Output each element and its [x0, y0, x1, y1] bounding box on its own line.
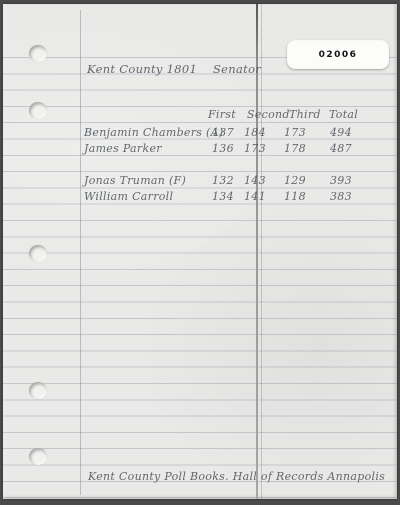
vote-count-third: 178 [284, 142, 306, 155]
column-header-second: Second [247, 108, 290, 121]
page-title-row: Kent County 1801 Senator [3, 62, 397, 77]
scanned-page: 02006 Kent County 1801 Senator First Sec… [0, 0, 400, 505]
punch-hole [29, 382, 47, 399]
notebook-paper: 02006 Kent County 1801 Senator First Sec… [3, 4, 397, 499]
column-header-total: Total [329, 108, 358, 121]
punch-hole [29, 45, 47, 62]
vote-count-second: 141 [244, 190, 266, 203]
margin-line [80, 10, 81, 495]
table-row: Jonas Truman (F) 132 143 129 393 [3, 174, 397, 189]
vote-count-first: 134 [212, 190, 234, 203]
source-citation: Kent County Poll Books. Hall of Records … [88, 470, 385, 483]
vote-count-first: 137 [212, 126, 234, 139]
source-citation-row: Kent County Poll Books. Hall of Records … [3, 470, 397, 485]
vote-count-total: 383 [330, 190, 352, 203]
candidate-name: James Parker [84, 142, 162, 155]
vertical-crease-shadow [261, 4, 262, 499]
vote-count-total: 393 [330, 174, 352, 187]
vote-count-first: 136 [212, 142, 234, 155]
punch-hole [29, 448, 47, 465]
table-row: Benjamin Chambers (A) 137 184 173 494 [3, 126, 397, 141]
sticker-number: 02006 [319, 50, 358, 60]
vote-count-second: 173 [244, 142, 266, 155]
column-header-third: Third [289, 108, 321, 121]
vote-count-second: 143 [244, 174, 266, 187]
page-title: Kent County 1801 [87, 62, 197, 76]
table-row: James Parker 136 173 178 487 [3, 142, 397, 157]
candidate-name: Benjamin Chambers (A) [84, 126, 223, 139]
candidate-name: Jonas Truman (F) [84, 174, 186, 187]
vote-count-second: 184 [244, 126, 266, 139]
vote-count-total: 487 [330, 142, 352, 155]
table-row: William Carroll 134 141 118 383 [3, 190, 397, 205]
vote-count-third: 118 [284, 190, 306, 203]
page-subtitle: Senator [213, 62, 261, 76]
vote-count-third: 129 [284, 174, 306, 187]
punch-hole [29, 245, 47, 262]
column-header-first: First [208, 108, 236, 121]
vertical-crease [256, 4, 258, 499]
ruled-lines [3, 57, 397, 501]
vote-count-first: 132 [212, 174, 234, 187]
vote-count-total: 494 [330, 126, 352, 139]
vote-count-third: 173 [284, 126, 306, 139]
candidate-name: William Carroll [84, 190, 173, 203]
table-header-row: First Second Third Total [3, 108, 397, 123]
